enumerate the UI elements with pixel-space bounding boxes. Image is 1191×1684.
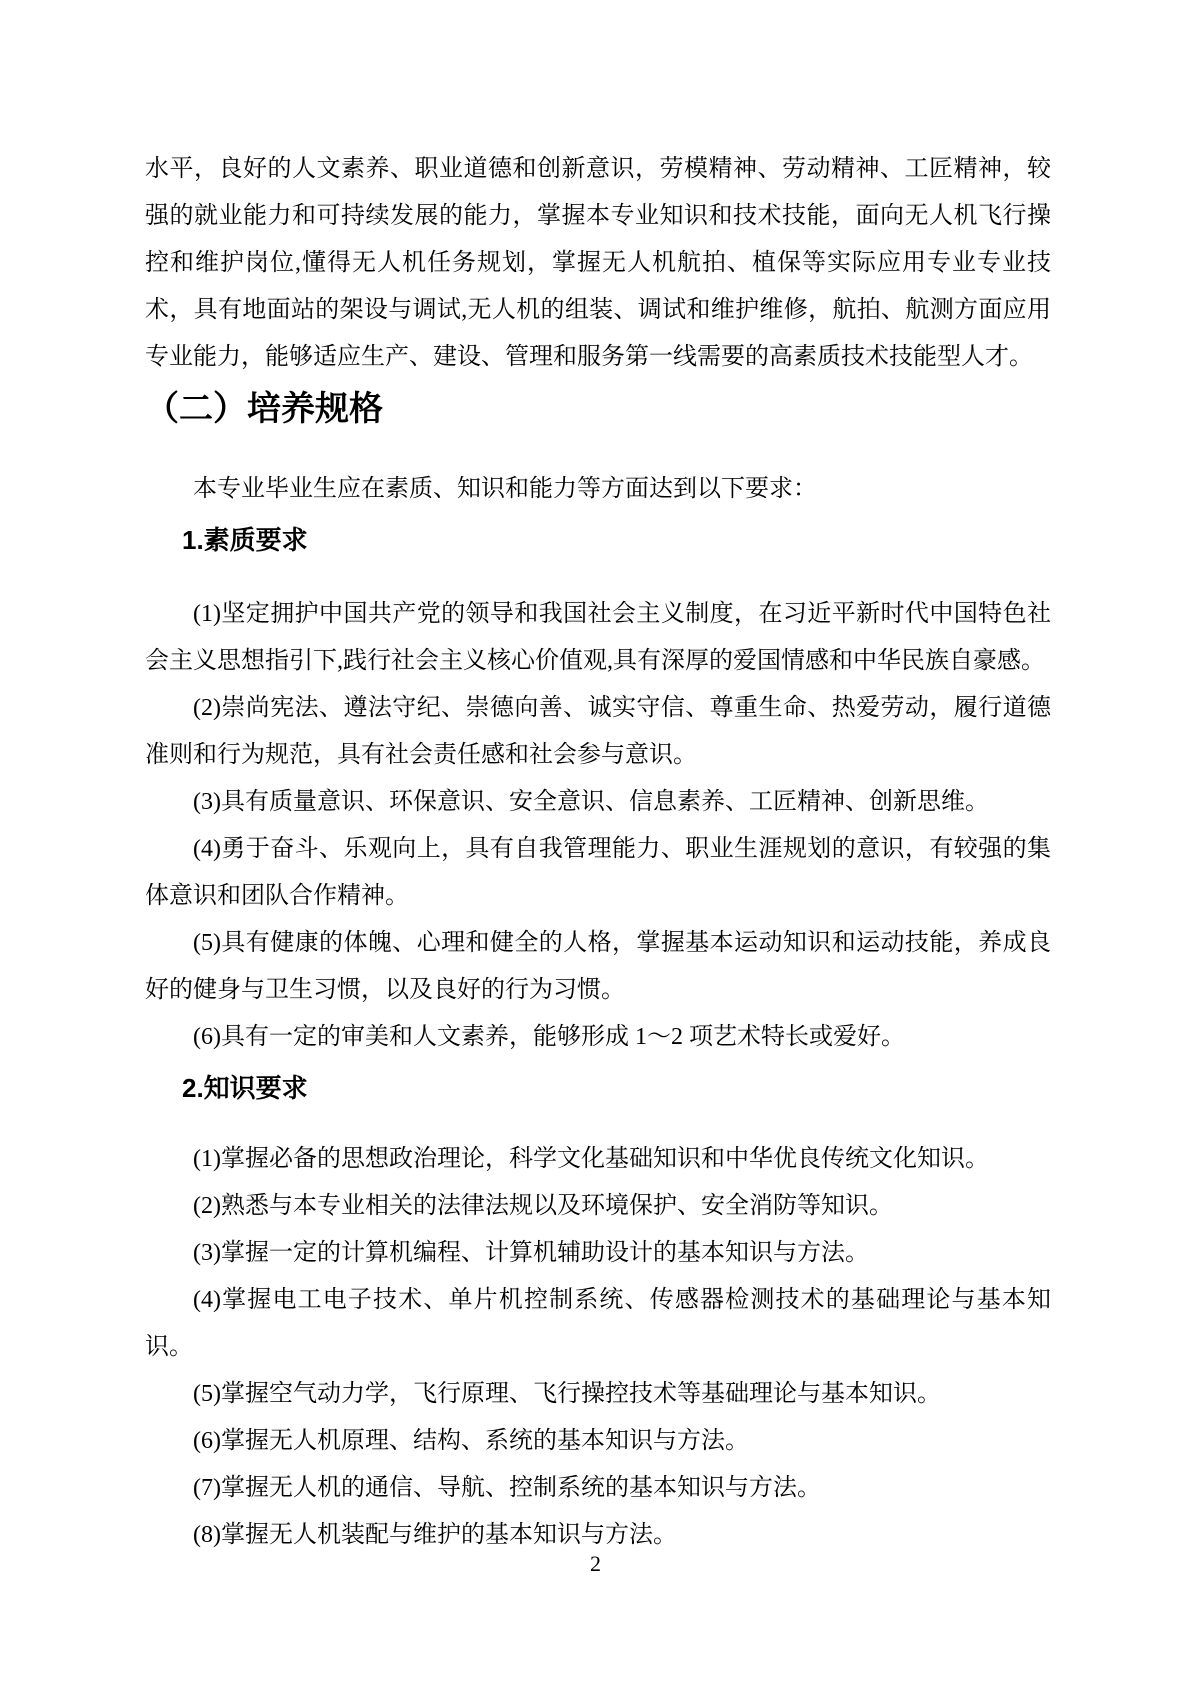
knowledge-item-6: (6)掌握无人机原理、结构、系统的基本知识与方法。 xyxy=(145,1418,1051,1465)
quality-requirements-list: (1)坚定拥护中国共产党的领导和我国社会主义制度，在习近平新时代中国特色社会主义… xyxy=(145,591,1051,1061)
quality-item-1: (1)坚定拥护中国共产党的领导和我国社会主义制度，在习近平新时代中国特色社会主义… xyxy=(145,591,1051,685)
quality-item-4: (4)勇于奋斗、乐观向上，具有自我管理能力、职业生涯规划的意识，有较强的集体意识… xyxy=(145,826,1051,920)
knowledge-item-2: (2)熟悉与本专业相关的法律法规以及环境保护、安全消防等知识。 xyxy=(145,1183,1051,1230)
quality-item-2: (2)崇尚宪法、遵法守纪、崇德向善、诚实守信、尊重生命、热爱劳动，履行道德准则和… xyxy=(145,685,1051,779)
knowledge-item-7: (7)掌握无人机的通信、导航、控制系统的基本知识与方法。 xyxy=(145,1465,1051,1512)
page-content: 水平，良好的人文素养、职业道德和创新意识，劳模精神、劳动精神、工匠精神，较强的就… xyxy=(145,146,1051,1559)
quality-item-5: (5)具有健康的体魄、心理和健全的人格，掌握基本运动知识和运动技能，养成良好的健… xyxy=(145,920,1051,1014)
knowledge-item-4: (4)掌握电工电子技术、单片机控制系统、传感器检测技术的基础理论与基本知识。 xyxy=(145,1277,1051,1371)
section-intro: 本专业毕业生应在素质、知识和能力等方面达到以下要求： xyxy=(145,466,1051,513)
knowledge-item-1: (1)掌握必备的思想政治理论，科学文化基础知识和中华优良传统文化知识。 xyxy=(145,1136,1051,1183)
subsection-heading-quality: 1.素质要求 xyxy=(182,517,1051,564)
quality-item-6: (6)具有一定的审美和人文素养，能够形成 1～2 项艺术特长或爱好。 xyxy=(145,1014,1051,1061)
page-number: 2 xyxy=(0,1552,1191,1576)
continued-paragraph: 水平，良好的人文素养、职业道德和创新意识，劳模精神、劳动精神、工匠精神，较强的就… xyxy=(145,146,1051,381)
quality-item-3: (3)具有质量意识、环保意识、安全意识、信息素养、工匠精神、创新思维。 xyxy=(145,779,1051,826)
knowledge-requirements-list: (1)掌握必备的思想政治理论，科学文化基础知识和中华优良传统文化知识。 (2)熟… xyxy=(145,1136,1051,1559)
section-heading: （二）培养规格 xyxy=(145,386,1051,433)
subsection-heading-knowledge: 2.知识要求 xyxy=(182,1065,1051,1112)
knowledge-item-5: (5)掌握空气动力学，飞行原理、飞行操控技术等基础理论与基本知识。 xyxy=(145,1371,1051,1418)
document-page: 水平，良好的人文素养、职业道德和创新意识，劳模精神、劳动精神、工匠精神，较强的就… xyxy=(0,0,1191,1684)
knowledge-item-3: (3)掌握一定的计算机编程、计算机辅助设计的基本知识与方法。 xyxy=(145,1230,1051,1277)
